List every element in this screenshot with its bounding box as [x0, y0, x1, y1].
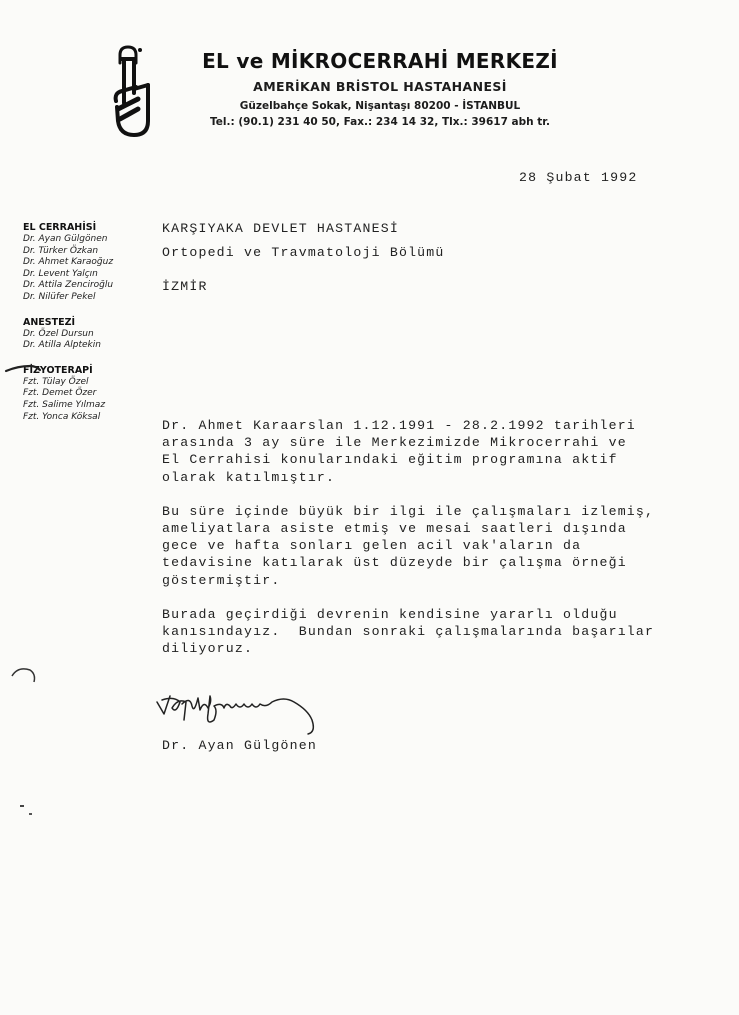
pen-stroke-mark	[4, 360, 44, 376]
hand-finger-logo-icon	[112, 33, 168, 139]
body-paragraph: Dr. Ahmet Karaarslan 1.12.1991 - 28.2.19…	[162, 417, 722, 486]
letter-date: 28 Şubat 1992	[519, 170, 637, 185]
staff-member: Dr. Türker Özkan	[23, 246, 113, 258]
signer-name: Dr. Ayan Gülgönen	[162, 738, 317, 753]
staff-section-hand-surgery: EL CERRAHİSİ Dr. Ayan Gülgönen Dr. Türke…	[23, 221, 113, 304]
staff-member: Dr. Ayan Gülgönen	[23, 234, 113, 246]
body-paragraph: Burada geçirdiği devrenin kendisine yara…	[162, 606, 722, 658]
staff-member: Dr. Nilüfer Pekel	[23, 292, 113, 304]
staff-sidebar: EL CERRAHİSİ Dr. Ayan Gülgönen Dr. Türke…	[23, 221, 113, 435]
speck-mark	[20, 805, 24, 807]
recipient-city: İZMİR	[162, 275, 445, 299]
letterhead-contact: Tel.: (90.1) 231 40 50, Fax.: 234 14 32,…	[180, 115, 580, 129]
speck-mark	[29, 813, 32, 815]
staff-member: Fzt. Demet Özer	[23, 388, 113, 400]
staff-member: Fzt. Salime Yılmaz	[23, 400, 113, 412]
letterhead-subtitle: AMERİKAN BRİSTOL HASTAHANESİ	[180, 79, 580, 95]
staff-member: Dr. Atilla Alptekin	[23, 340, 113, 352]
staff-member: Dr. Levent Yalçın	[23, 269, 113, 281]
staff-member: Dr. Attila Zenciroğlu	[23, 280, 113, 292]
letter-body: Dr. Ahmet Karaarslan 1.12.1991 - 28.2.19…	[162, 417, 722, 674]
letterhead-title: EL ve MİKROCERRAHİ MERKEZİ	[180, 48, 580, 74]
staff-member: Dr. Özel Dursun	[23, 329, 113, 341]
letterhead: EL ve MİKROCERRAHİ MERKEZİ AMERİKAN BRİS…	[180, 48, 580, 129]
recipient-block: KARŞIYAKA DEVLET HASTANESİ Ortopedi ve T…	[162, 217, 445, 299]
handwritten-signature-icon	[152, 680, 362, 740]
section-heading: EL CERRAHİSİ	[23, 221, 113, 234]
recipient-department: Ortopedi ve Travmatoloji Bölümü	[162, 241, 445, 265]
staff-member: Fzt. Yonca Köksal	[23, 412, 113, 424]
staff-member: Fzt. Tülay Özel	[23, 377, 113, 389]
margin-mark	[8, 662, 38, 692]
staff-section-anesthesia: ANESTEZİ Dr. Özel Dursun Dr. Atilla Alpt…	[23, 316, 113, 352]
letterhead-address: Güzelbahçe Sokak, Nişantaşı 80200 - İSTA…	[180, 99, 580, 113]
section-heading: ANESTEZİ	[23, 316, 113, 329]
recipient-institution: KARŞIYAKA DEVLET HASTANESİ	[162, 217, 445, 241]
staff-member: Dr. Ahmet Karaoğuz	[23, 257, 113, 269]
body-paragraph: Bu süre içinde büyük bir ilgi ile çalışm…	[162, 503, 722, 589]
